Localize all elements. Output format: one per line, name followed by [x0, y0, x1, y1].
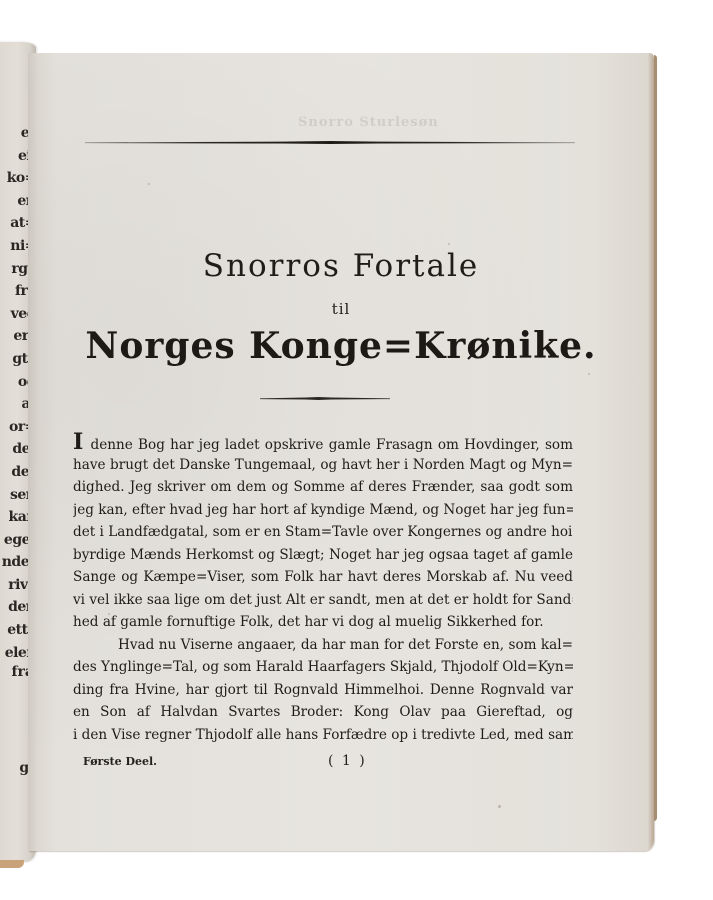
- page-number: ( 1 ): [328, 753, 367, 769]
- title-line-1: Snorros Fortale: [28, 248, 654, 284]
- body-line: det i Landfædgatal, som er en Stam=Tavle…: [73, 521, 573, 544]
- paper-speck: [448, 243, 450, 245]
- paper-speck: [588, 373, 590, 375]
- body-line: I denne Bog har jeg ladet opskrive gamle…: [73, 431, 573, 454]
- body-line: ding fra Hvine, har gjort til Rognvald H…: [73, 679, 573, 702]
- body-line: jeg kan, efter hvad jeg har hort af kynd…: [73, 499, 573, 522]
- header-rule: [85, 141, 575, 144]
- bleed-through-running-head: Snorro Sturlesøn: [298, 115, 439, 130]
- drop-cap: I: [73, 431, 83, 454]
- title-line-2: til: [28, 300, 654, 318]
- paper-speck: [148, 183, 150, 185]
- body-text: I denne Bog har jeg ladet opskrive gamle…: [73, 431, 573, 746]
- body-line: Sange og Kæmpe=Viser, som Folk har havt …: [73, 566, 573, 589]
- body-line: en Son af Halvdan Svartes Broder: Kong O…: [73, 701, 573, 724]
- body-line: vi vel ikke saa lige om det just Alt er …: [73, 589, 573, 612]
- title-divider-rule: [260, 397, 390, 400]
- page-edge-gilt: [0, 860, 24, 868]
- body-line: hed af gamle fornuftige Folk, det har vi…: [73, 611, 573, 634]
- body-line: Hvad nu Viserne angaaer, da har man for …: [73, 634, 573, 657]
- book-page: Snorro Sturlesøn Snorros Fortale til Nor…: [28, 53, 654, 851]
- body-line: des Ynglinge=Tal, og som Harald Haarfage…: [73, 656, 573, 679]
- page-footer: Første Deel. ( 1 ): [73, 753, 573, 773]
- body-line: dighed. Jeg skriver om dem og Somme af d…: [73, 476, 573, 499]
- body-line: have brugt det Danske Tungemaal, og havt…: [73, 454, 573, 477]
- body-line: i den Vise regner Thjodolf alle hans For…: [73, 724, 573, 747]
- body-line: byrdige Mænds Herkomst og Slægt; Noget h…: [73, 544, 573, 567]
- paper-speck: [498, 805, 501, 808]
- title-line-3: Norges Konge=Krønike.: [28, 325, 654, 367]
- signature-mark: Første Deel.: [83, 755, 157, 768]
